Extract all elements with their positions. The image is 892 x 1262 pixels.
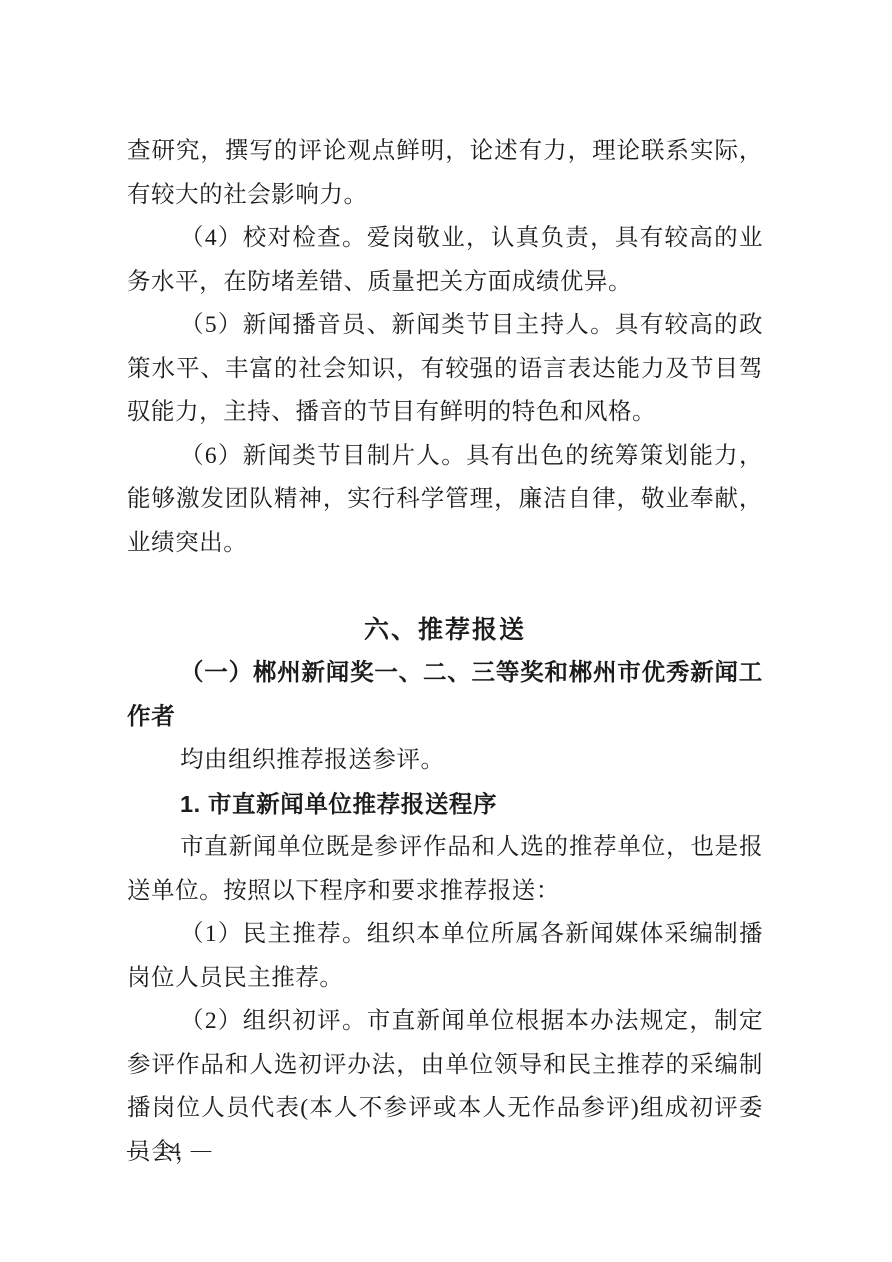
- section-heading: 六、推荐报送: [127, 609, 763, 653]
- document-page: 查研究，撰写的评论观点鲜明，论述有力，理论联系实际，有较大的社会影响力。 （4）…: [0, 0, 892, 1262]
- paragraph-unit-intro: 市直新闻单位既是参评作品和人选的推荐单位，也是报送单位。按照以下程序和要求推荐报…: [127, 826, 763, 913]
- sub-heading: （一）郴州新闻奖一、二、三等奖和郴州市优秀新闻工作者: [127, 652, 763, 739]
- paragraph-item-4: （4）校对检查。爱岗敬业，认真负责，具有较高的业务水平，在防堵差错、质量把关方面…: [127, 217, 763, 304]
- paragraph-item-6: （6）新闻类节目制片人。具有出色的统筹策划能力，能够激发团队精神，实行科学管理，…: [127, 435, 763, 566]
- paragraph-item-5: （5）新闻播音员、新闻类节目主持人。具有较高的政策水平、丰富的社会知识，有较强的…: [127, 304, 763, 435]
- document-body: 查研究，撰写的评论观点鲜明，论述有力，理论联系实际，有较大的社会影响力。 （4）…: [127, 130, 763, 1174]
- paragraph-step-2: （2）组织初评。市直新闻单位根据本办法规定，制定参评作品和人选初评办法，由单位领…: [127, 1000, 763, 1174]
- numbered-heading: 1. 市直新闻单位推荐报送程序: [127, 783, 763, 827]
- paragraph-continuation: 查研究，撰写的评论观点鲜明，论述有力，理论联系实际，有较大的社会影响力。: [127, 130, 763, 217]
- paragraph-step-1: （1）民主推荐。组织本单位所属各新闻媒体采编制播岗位人员民主推荐。: [127, 913, 763, 1000]
- page-number: — 14 —: [127, 1136, 214, 1164]
- paragraph-recommend: 均由组织推荐报送参评。: [127, 739, 763, 783]
